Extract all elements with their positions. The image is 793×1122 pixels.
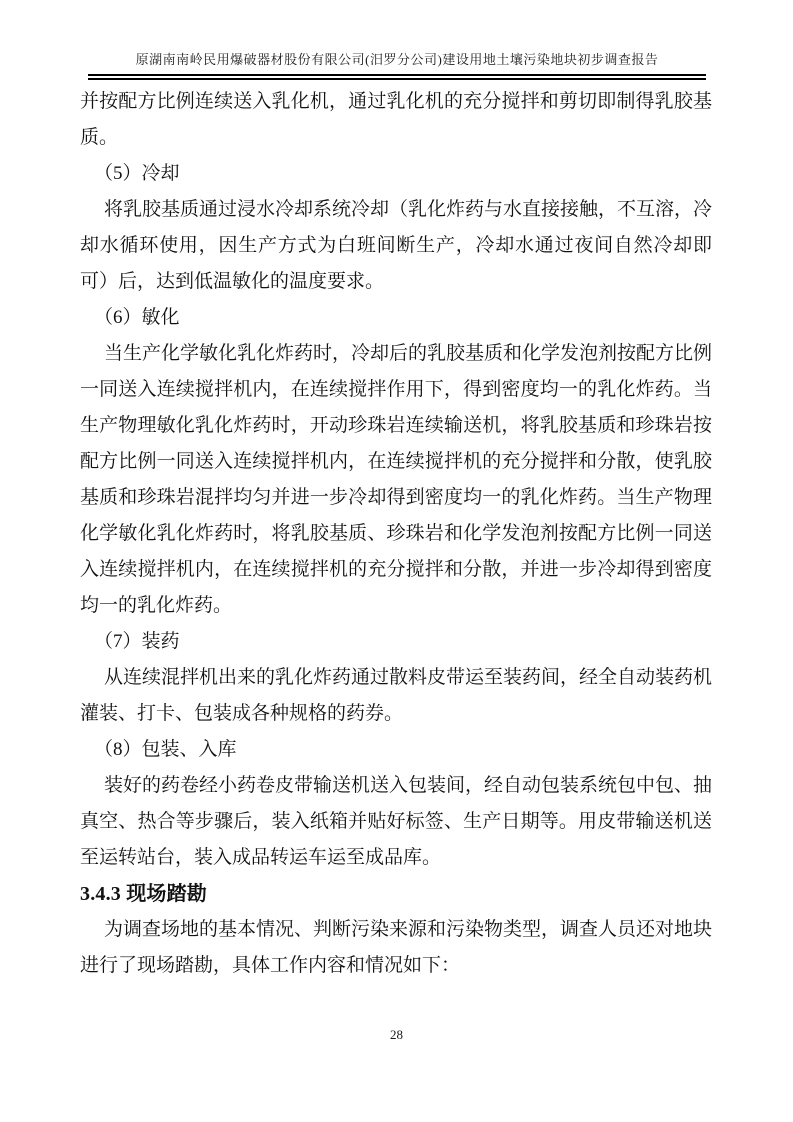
section-heading-3-4-3: 3.4.3 现场踏勘 [80, 876, 712, 912]
list-item-heading-5: （5）冷却 [80, 156, 712, 192]
page-footer: 28 [0, 1026, 793, 1044]
header-title: 原湖南南岭民用爆破器材股份有限公司(汨罗分公司)建设用地土壤污染地块初步调查报告 [88, 52, 706, 68]
paragraph: 当生产化学敏化乳化炸药时，冷却后的乳胶基质和化学发泡剂按配方比例一同送入连续搅拌… [80, 336, 712, 624]
document-page: 原湖南南岭民用爆破器材股份有限公司(汨罗分公司)建设用地土壤污染地块初步调查报告… [0, 0, 793, 1122]
paragraph: 将乳胶基质通过浸水冷却系统冷却（乳化炸药与水直接接触，不互溶，冷却水循环使用，因… [80, 192, 712, 300]
paragraph: 从连续混拌机出来的乳化炸药通过散料皮带运至装药间，经全自动装药机灌装、打卡、包装… [80, 660, 712, 732]
list-item-heading-7: （7）装药 [80, 624, 712, 660]
list-item-heading-6: （6）敏化 [80, 300, 712, 336]
paragraph-continuation: 并按配方比例连续送入乳化机，通过乳化机的充分搅拌和剪切即制得乳胶基质。 [80, 84, 712, 156]
document-body: 并按配方比例连续送入乳化机，通过乳化机的充分搅拌和剪切即制得乳胶基质。 （5）冷… [80, 84, 712, 984]
page-header: 原湖南南岭民用爆破器材股份有限公司(汨罗分公司)建设用地土壤污染地块初步调查报告 [88, 0, 706, 80]
paragraph: 装好的药卷经小药卷皮带输送机送入包装间，经自动包装系统包中包、抽真空、热合等步骤… [80, 768, 712, 876]
list-item-heading-8: （8）包装、入库 [80, 732, 712, 768]
page-number: 28 [390, 1027, 403, 1042]
paragraph: 为调查场地的基本情况、判断污染来源和污染物类型，调查人员还对地块进行了现场踏勘，… [80, 912, 712, 984]
